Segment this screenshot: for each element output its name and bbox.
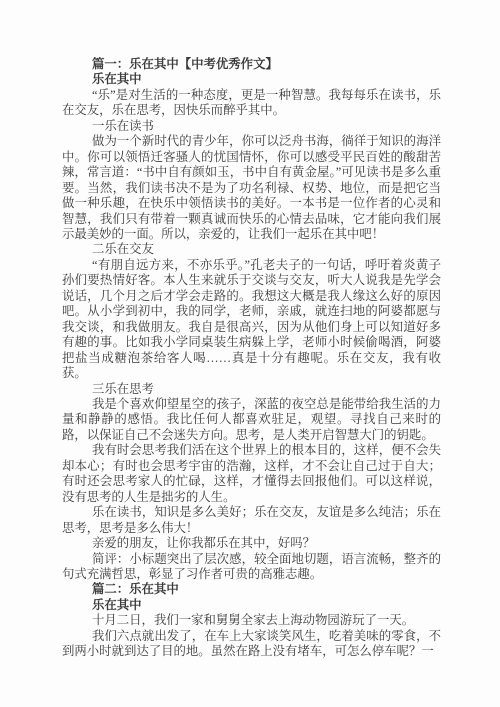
document-page: 篇一：乐在其中【中考优秀作文】 乐在其中 “乐”是对生活的一种态度，更是一种智慧…	[62, 57, 441, 660]
essay1-heading: 篇一：乐在其中【中考优秀作文】	[62, 57, 441, 72]
essay1-subheading-thinking: 三乐在思考	[62, 382, 441, 397]
essay1-paragraph-friends: “有朋自远方来，不亦乐乎。”孔老夫子的一句话，呼吁着炎黄子孙们要热情好客。本人生…	[62, 258, 441, 382]
essay1-paragraph-review: 简评：小标题突出了层次感，较全面地切题，语言流畅，整齐的句式充满哲思，彰显了习作…	[62, 552, 441, 583]
essay1-paragraph-summary: 乐在读书，知识是多么美好；乐在交友，友谊是多么纯洁；乐在思考，思考是多么伟大！	[62, 505, 441, 536]
essay1-paragraph-closing: 亲爱的朋友，让你我都乐在其中，好吗？	[62, 536, 441, 551]
essay2-paragraph-1: 十月二日，我们一家和舅舅全家去上海动物园游玩了一天。	[62, 613, 441, 628]
essay2-title: 乐在其中	[62, 598, 441, 613]
essay1-paragraph-intro: “乐”是对生活的一种态度，更是一种智慧。我每每乐在读书，乐在交友，乐在思考，因快…	[62, 88, 441, 119]
essay1-title: 乐在其中	[62, 72, 441, 87]
essay1-paragraph-thinking-1: 我是个喜欢仰望星空的孩子，深蓝的夜空总是能带给我生活的力量和静静的感悟。我比任何…	[62, 397, 441, 443]
essay1-subheading-friends: 二乐在交友	[62, 242, 441, 257]
essay1-paragraph-reading: 做为一个新时代的青少年，你可以泛舟书海，徜徉于知识的海洋中。你可以领悟迁客骚人的…	[62, 134, 441, 242]
essay1-paragraph-thinking-2: 我有时会思考我们活在这个世界上的根本目的，这样，便不会失却本心；有时也会思考宇宙…	[62, 443, 441, 505]
essay2-heading: 篇二：乐在其中	[62, 582, 441, 597]
essay2-paragraph-2: 我们六点就出发了，在车上大家谈笑风生，吃着美味的零食，不到两小时就到达了目的地。…	[62, 629, 441, 660]
essay1-subheading-reading: 一乐在读书	[62, 119, 441, 134]
